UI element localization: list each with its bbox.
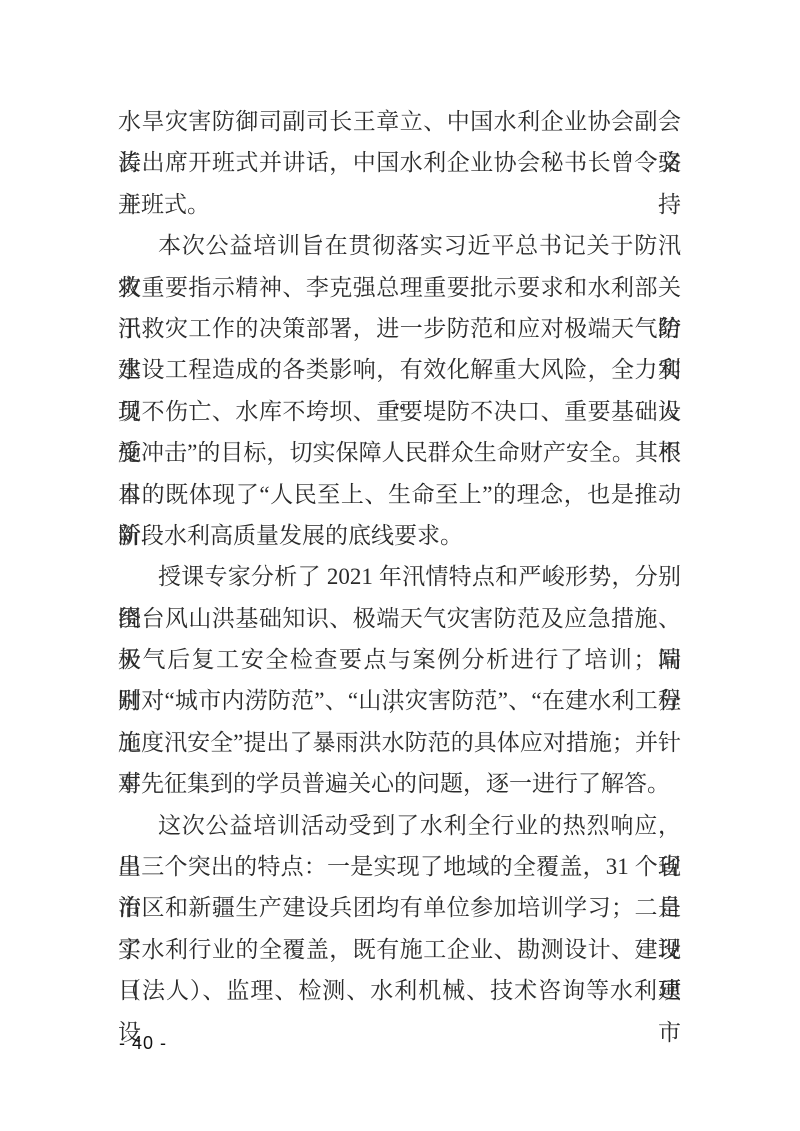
- text-line: 受冲击”的目标，切实保障人民群众生命财产安全。其根本: [118, 432, 681, 473]
- text-line: 阶段水利高质量发展的底线要求。: [118, 515, 681, 556]
- text-line: 天气后复工安全检查要点与案例分析进行了培训；同时，分: [118, 639, 681, 680]
- text-line: 工度汛安全”提出了暴雨洪水防范的具体应对措施；并针对: [118, 722, 681, 763]
- text-line: 授课专家分析了 2021 年汛情特点和严峻形势，分别围: [118, 556, 681, 597]
- text-line: 灾重要指示精神、李克强总理重要批示要求和水利部关于防: [118, 267, 681, 308]
- document-page: 水旱灾害防御司副司长王章立、中国水利企业协会副会长骆涛出席开班式并讲话，中国水利…: [0, 0, 800, 1131]
- text-line: 绕台风山洪基础知识、极端天气灾害防范及应急措施、极端: [118, 598, 681, 639]
- text-line: 建设工程造成的各类影响，有效化解重大风险，全力实现“人: [118, 349, 681, 390]
- text-line: 目的既体现了“人民至上、生命至上”的理念，也是推动新: [118, 474, 681, 515]
- text-line: 员不伤亡、水库不垮坝、重要堤防不决口、重要基础设施不: [118, 391, 681, 432]
- page-number: - 40 -: [119, 1033, 167, 1054]
- text-line: 事先征集到的学员普遍关心的问题，逐一进行了解答。: [118, 763, 681, 804]
- text-block: 水旱灾害防御司副司长王章立、中国水利企业协会副会长骆涛出席开班式并讲话，中国水利…: [118, 101, 681, 1012]
- text-line: 治区和新疆生产建设兵团均有单位参加培训学习；二是实现: [118, 887, 681, 928]
- text-line: 别对“城市内涝防范”、“山洪灾害防范”、“在建水利工程施: [118, 680, 681, 721]
- text-line: 这次公益培训活动受到了水利全行业的热烈响应，呈现: [118, 805, 681, 846]
- text-line: 了水利行业的全覆盖，既有施工企业、勘测设计、建设（项: [118, 929, 681, 970]
- text-line: 本次公益培训旨在贯彻落实习近平总书记关于防汛救: [118, 225, 681, 266]
- text-line: 水旱灾害防御司副司长王章立、中国水利企业协会副会长骆: [118, 101, 681, 142]
- text-line: 目法人）、监理、检测、水利机械、技术咨询等水利建设市: [118, 970, 681, 1011]
- text-line: 出三个突出的特点：一是实现了地域的全覆盖，31 个省市自: [118, 846, 681, 887]
- text-line: 汛救灾工作的决策部署，进一步防范和应对极端天气给水利: [118, 308, 681, 349]
- text-line: 涛出席开班式并讲话，中国水利企业协会秘书长曾令文主持: [118, 142, 681, 183]
